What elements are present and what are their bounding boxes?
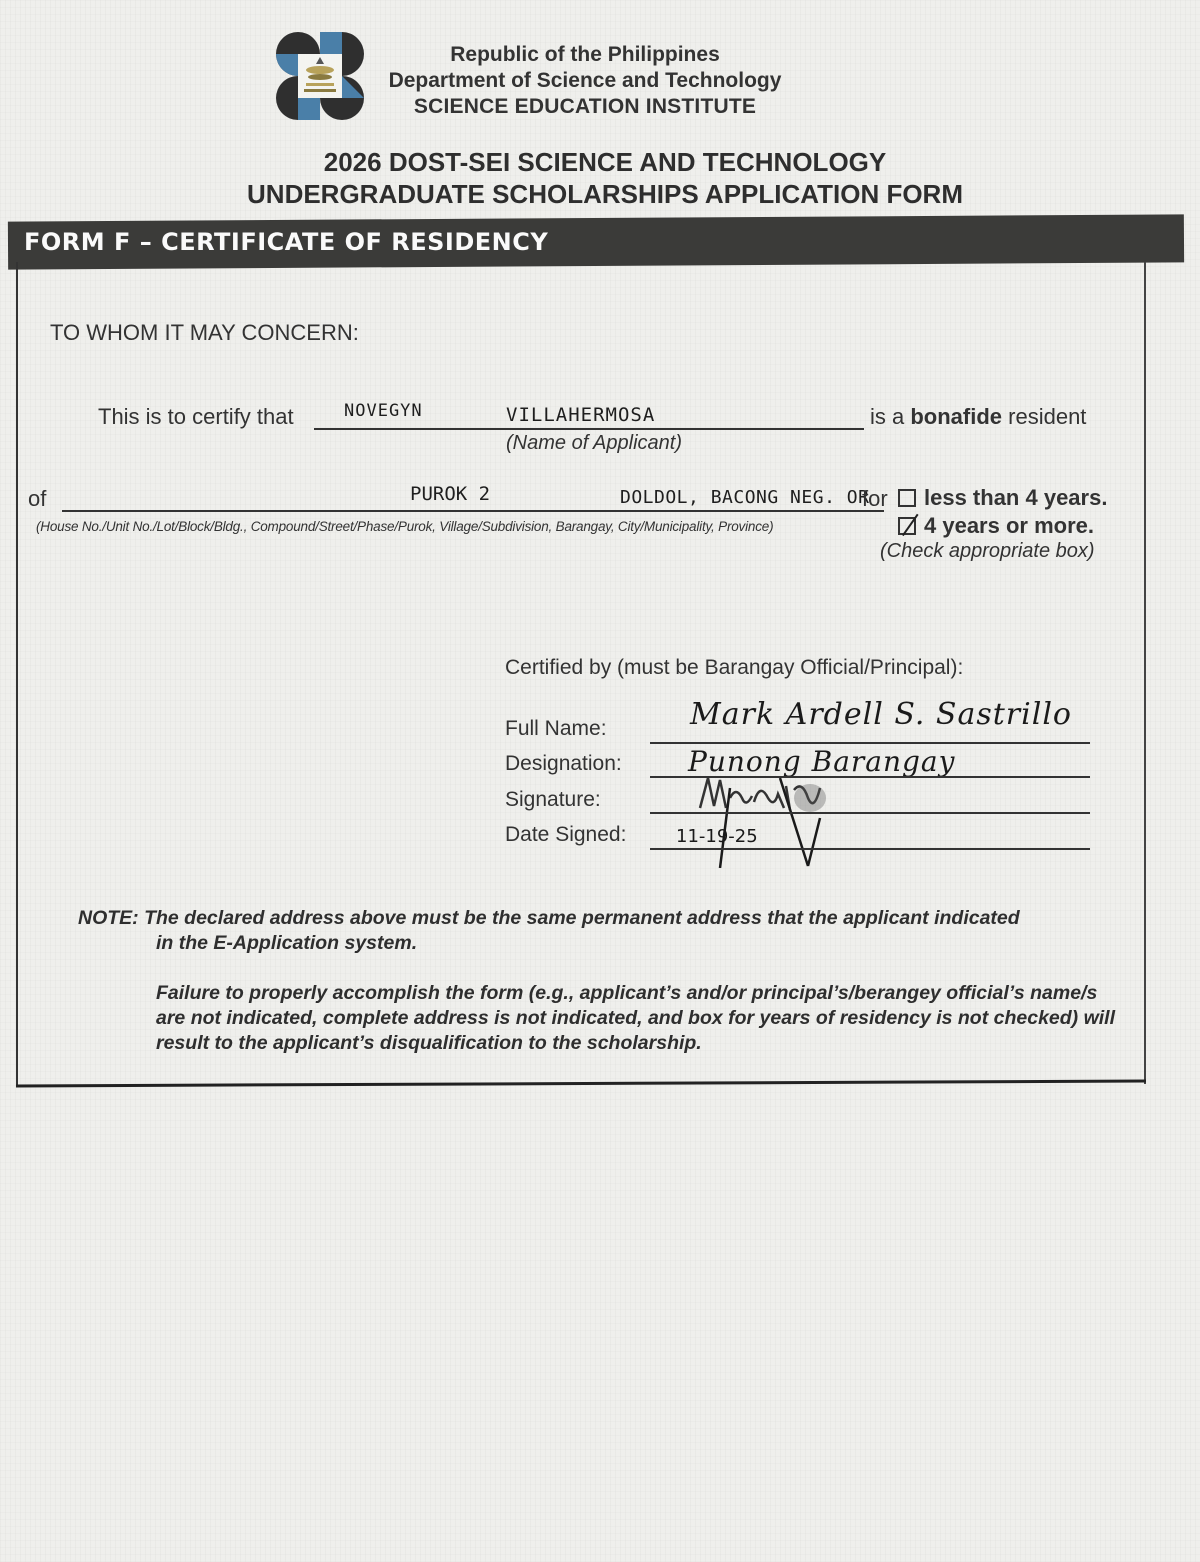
- address-barangay-field[interactable]: DOLDOL, BACONG NEG. OR: [620, 487, 869, 508]
- form-border-left: [16, 262, 18, 1087]
- signature-mark-icon[interactable]: [690, 768, 890, 868]
- failure-warning: Failure to properly accomplish the form …: [156, 981, 1121, 1056]
- address-underline: [62, 510, 884, 512]
- for-label: for: [862, 486, 888, 512]
- note-text-continued: in the E-Application system.: [78, 931, 1118, 956]
- dost-logo-icon: [274, 30, 366, 122]
- note-label: NOTE:: [78, 907, 139, 929]
- applicant-name-caption: (Name of Applicant): [506, 432, 682, 455]
- agency-department: Department of Science and Technology: [370, 68, 800, 94]
- applicant-first-name-field[interactable]: NOVEGYN: [344, 401, 423, 421]
- applicant-last-name-field[interactable]: VILLAHERMOSA: [506, 404, 655, 426]
- note-text: The declared address above must be the s…: [139, 907, 1020, 929]
- signature-label: Signature:: [505, 788, 601, 812]
- bonafide-post: resident: [1002, 404, 1086, 429]
- form-border-bottom: [16, 1080, 1146, 1088]
- date-signed-underline: [650, 848, 1090, 850]
- applicant-name-underline: [314, 428, 864, 430]
- agency-header: Republic of the Philippines Department o…: [370, 42, 800, 120]
- of-label: of: [28, 486, 46, 512]
- certified-by-heading: Certified by (must be Barangay Official/…: [505, 656, 963, 680]
- agency-country: Republic of the Philippines: [370, 42, 800, 68]
- check-caption: (Check appropriate box): [880, 540, 1095, 563]
- residency-option-4-or-more[interactable]: 4 years or more.: [898, 513, 1094, 539]
- date-signed-field[interactable]: 11-19-25: [676, 826, 758, 847]
- address-purok-field[interactable]: PUROK 2: [410, 483, 490, 505]
- date-signed-label: Date Signed:: [505, 823, 626, 847]
- agency-institute: SCIENCE EDUCATION INSTITUTE: [370, 94, 800, 120]
- certify-label: This is to certify that: [98, 404, 294, 430]
- note-block: NOTE: The declared address above must be…: [78, 906, 1118, 956]
- checkbox-icon[interactable]: [898, 489, 916, 507]
- bonafide-bold: bonafide: [910, 404, 1002, 429]
- checkbox-checked-icon[interactable]: [898, 517, 916, 535]
- form-title-line2: UNDERGRADUATE SCHOLARSHIPS APPLICATION F…: [150, 178, 1060, 210]
- residency-option-label: 4 years or more.: [924, 513, 1094, 539]
- full-name-label: Full Name:: [505, 717, 607, 741]
- form-title-line1: 2026 DOST-SEI SCIENCE AND TECHNOLOGY: [150, 146, 1060, 178]
- salutation: TO WHOM IT MAY CONCERN:: [50, 320, 359, 346]
- form-title: 2026 DOST-SEI SCIENCE AND TECHNOLOGY UND…: [150, 146, 1060, 210]
- certifier-full-name-field[interactable]: Mark Ardell S. Sastrillo: [690, 697, 1072, 732]
- residency-option-less-than-4[interactable]: less than 4 years.: [898, 485, 1107, 511]
- signature-underline: [650, 812, 1090, 814]
- bonafide-resident-text: is a bonafide resident: [870, 404, 1086, 430]
- section-title: FORM F – CERTIFICATE OF RESIDENCY: [24, 228, 548, 256]
- designation-label: Designation:: [505, 752, 622, 776]
- residency-option-label: less than 4 years.: [924, 485, 1107, 511]
- address-caption: (House No./Unit No./Lot/Block/Bldg., Com…: [36, 519, 773, 534]
- form-border-right: [1144, 262, 1146, 1084]
- full-name-underline: [650, 742, 1090, 744]
- bonafide-pre: is a: [870, 404, 910, 429]
